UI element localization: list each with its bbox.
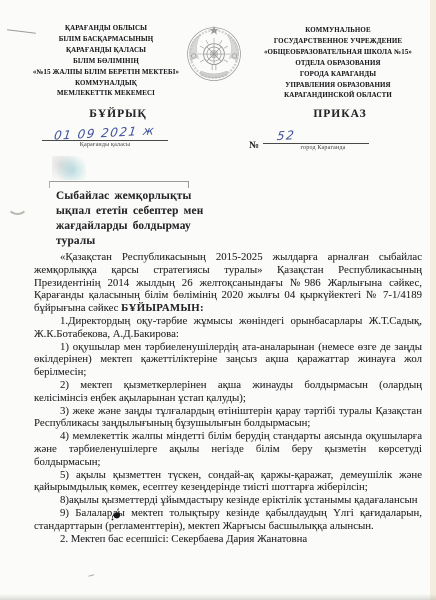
org-header-line: ГОСУДАРСТВЕННОЕ УЧРЕЖДЕНИЕ (250, 37, 426, 48)
body-paragraph: 3) жеке және заңды тұлғалардың өтініштер… (34, 405, 422, 431)
body-paragraph: 1) оқушылар мен тәрбиеленушілердің ата-а… (34, 341, 422, 379)
preamble-text: «Қазақстан Республикасының 2015-2025 жыл… (34, 251, 422, 314)
place-caption-russian: город Караганда (263, 145, 369, 151)
body-paragraph: 2. Мектеп бас есепшісі: Секербаева Дария… (34, 533, 422, 546)
order-heading-kazakh: БҰЙРЫҚ (58, 108, 178, 120)
body-paragraph: 1.Директордың оқу-тәрбие жұмысы жөніндег… (34, 315, 422, 341)
order-heading-russian: ПРИКАЗ (290, 108, 390, 120)
org-header-line: ҚАРАҒАНДЫ ОБЛЫСЫ (27, 24, 185, 35)
handwritten-number: 52 (262, 128, 296, 144)
scan-speck (88, 571, 95, 576)
scan-bottom-shadow (0, 594, 436, 600)
order-number-block: № 52 город Караганда (249, 127, 369, 151)
order-subject: Сыбайлас жемқорлықты ықпал ететін себепт… (56, 189, 206, 249)
org-header-kazakh: ҚАРАҒАНДЫ ОБЛЫСЫ БІЛІМ БАСҚАРМАСЫНЫҢ ҚАР… (27, 24, 185, 100)
body-paragraph: 2) мектеп қызметкерлерінен ақша жинауды … (34, 379, 422, 405)
org-header-line: КАРАГАНДИНСКОЙ ОБЛАСТИ (250, 91, 426, 102)
subject-bracket-mark (49, 181, 189, 188)
org-header-line: КОММУНАЛЬНОЕ (250, 26, 426, 37)
org-header-line: БІЛІМ БАСҚАРМАСЫНЫҢ (27, 35, 185, 46)
kazakhstan-coat-of-arms-icon (181, 22, 247, 88)
org-header-line: ГОРОДА КАРАГАНДЫ (250, 70, 426, 81)
subject-line: ықпал ететін себептер мен (56, 204, 206, 219)
subject-line: Сыбайлас жемқорлықты (56, 189, 206, 204)
org-header-line: «№15 ЖАЛПЫ БІЛІМ БЕРЕТІН МЕКТЕБІ» (27, 68, 185, 79)
org-header-line: БІЛІМ БӨЛІМІНІҢ (27, 57, 185, 68)
org-header-line: КОММУНАЛДЫҚ (27, 79, 185, 90)
org-header-line: ҚАРАҒАНДЫ ҚАЛАСЫ (27, 46, 185, 57)
body-paragraph: 9) Балаларды мектеп толықтыру кезінде қа… (34, 507, 422, 533)
org-header-line: УПРАВЛЕНИЯ ОБРАЗОВАНИЯ (250, 81, 426, 92)
scan-crescent-mark (7, 196, 28, 215)
org-header-russian: КОММУНАЛЬНОЕ ГОСУДАРСТВЕННОЕ УЧРЕЖДЕНИЕ … (250, 26, 426, 102)
subject-line: туралы (56, 234, 206, 249)
place-caption-kazakh: Қарағанды қаласы (42, 142, 168, 148)
subject-line: жағдайларды болдырмау (56, 219, 206, 234)
body-paragraph: 4) мемлекеттік жалпы міндетті білім беру… (34, 430, 422, 468)
ink-blot-mark (108, 507, 124, 530)
ink-smudge (52, 156, 86, 180)
scan-edge-band (430, 0, 436, 600)
org-header-line: МЕМЛЕКЕТТІК МЕКЕМЕСІ (27, 89, 185, 100)
resolve-word: БҰЙЫРАМЫН: (121, 302, 204, 314)
order-body: «Қазақстан Республикасының 2015-2025 жыл… (34, 251, 422, 545)
number-line (263, 143, 369, 144)
org-header-line: ОТДЕЛА ОБРАЗОВАНИЯ (250, 59, 426, 70)
body-paragraph: 5) ақылы қызметтен түскен, сондай-ақ қар… (34, 469, 422, 495)
org-header-line: «ОБЩЕОБРАЗОВАТЕЛЬНАЯ ШКОЛА №15» (250, 48, 426, 59)
number-sign: № (249, 140, 263, 151)
preamble-paragraph: «Қазақстан Республикасының 2015-2025 жыл… (34, 251, 422, 315)
handwritten-date: 01 09 2021 ж (54, 123, 157, 142)
order-date-block: 01 09 2021 ж Қарағанды қаласы (42, 124, 168, 148)
scanned-order-document: ҚАРАҒАНДЫ ОБЛЫСЫ БІЛІМ БАСҚАРМАСЫНЫҢ ҚАР… (0, 0, 436, 600)
body-paragraph: 8)ақылы қызметтерді ұйымдастыру кезінде … (34, 494, 422, 507)
